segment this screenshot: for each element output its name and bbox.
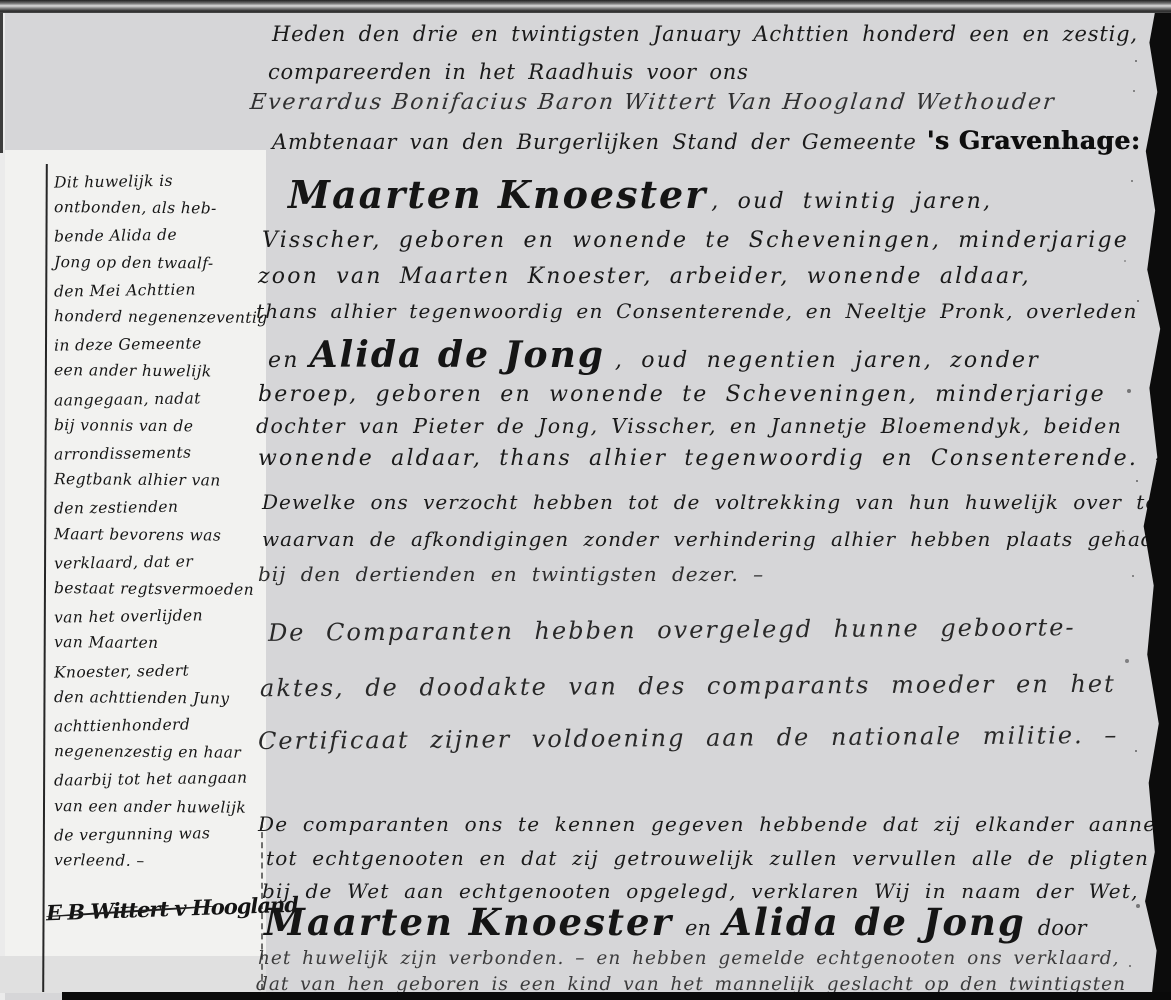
margin-paper-strip-lower <box>0 956 266 993</box>
header-official-name: Everardus Bonifacius Baron Wittert Van H… <box>249 90 1057 115</box>
margin-note-line: daarbij tot het aangaan <box>54 765 266 796</box>
scan-top-edge <box>0 0 1171 13</box>
margin-note-line: een ander huwelijk <box>54 357 266 386</box>
margin-note-line: van een ander huwelijk <box>54 793 266 822</box>
body-line: aktes, de doodakte van des comparants mo… <box>260 670 1116 702</box>
margin-note-line: Regtbank alhier van <box>54 466 266 495</box>
margin-note-line: verleend. – <box>54 847 266 876</box>
groom-name: Maarten Knoester <box>288 172 707 217</box>
body-line: Dewelke ons verzocht hebben tot de voltr… <box>262 490 1171 514</box>
margin-note-line: honderd negenenzeventig <box>54 303 266 332</box>
body-line: waarvan de afkondigingen zonder verhinde… <box>262 527 1155 551</box>
margin-note-line: den achttienden Juny <box>54 684 266 713</box>
body-line: Certificaat zijner voldoening aan de nat… <box>258 721 1119 755</box>
margin-note-line: in deze Gemeente <box>54 330 266 361</box>
margin-note-line: de vergunning was <box>54 819 266 850</box>
margin-note-line: Dit huwelijk is <box>54 166 266 197</box>
conjunction-text: en <box>268 348 300 373</box>
body-line: dochter van Pieter de Jong, Visscher, en… <box>256 414 1122 438</box>
body-line: tot echtgenooten en dat zij getrouwelijk… <box>266 846 1149 870</box>
body-line: beroep, geboren en wonende te Schevening… <box>258 382 1106 407</box>
groom-age-text: , oud twintig jaren, <box>711 189 992 214</box>
conjunction-text: en <box>685 916 711 940</box>
margin-note-line: Jong op den twaalf- <box>54 249 266 278</box>
header-venue-line: compareerden in het Raadhuis voor ons <box>268 60 749 84</box>
margin-note-line: ontbonden, als heb- <box>54 194 266 223</box>
margin-note-line: verklaard, dat er <box>54 547 266 578</box>
margin-note-line: van Maarten <box>54 630 266 659</box>
scan-noise-speckles <box>1135 60 1137 62</box>
margin-note-line: bestaat regtsvermoeden <box>54 575 266 604</box>
body-line: wonende aldaar, thans alhier tegenwoordi… <box>258 446 1168 471</box>
margin-note-line: van het overlijden <box>54 602 266 633</box>
header-registrar-title: Ambtenaar van den Burgerlijken Stand der… <box>272 130 917 154</box>
margin-note-line: arrondissements <box>54 438 266 469</box>
margin-note: Dit huwelijk is ontbonden, als heb- bend… <box>54 168 266 875</box>
body-line: De comparanten ons te kennen gegeven heb… <box>258 812 1171 836</box>
municipality-name: 's Gravenhage: <box>927 126 1141 155</box>
margin-note-line: bij vonnis van de <box>54 412 266 441</box>
margin-note-line: achttienhonderd <box>54 710 266 741</box>
body-line: bij den dertienden en twintigsten dezer.… <box>258 562 764 586</box>
margin-note-line: Maart bevorens was <box>54 521 266 550</box>
body-line: het huwelijk zijn verbonden. – en hebben… <box>258 948 1120 969</box>
header-date-line: Heden den drie en twintigsten January Ac… <box>272 22 1138 46</box>
margin-note-line: den Mei Achttien <box>54 275 266 306</box>
body-line: thans alhier tegenwoordig en Consenteren… <box>256 299 1138 323</box>
bride-name-declaration: Alida de Jong <box>723 900 1026 944</box>
margin-note-line: den zestienden <box>54 493 266 524</box>
bride-age-text: , oud negentien jaren, zonder <box>615 348 1040 373</box>
margin-note-line: bende Alida de <box>54 221 266 252</box>
margin-note-line: negenenzestig en haar <box>54 738 266 767</box>
scan-left-edge <box>0 11 3 153</box>
body-line: De Comparanten hebben overgelegd hunne g… <box>268 613 1076 647</box>
declaration-suffix-text: door <box>1038 916 1087 940</box>
body-line: Visscher, geboren en wonende te Scheveni… <box>262 228 1129 253</box>
scan-bottom-edge <box>62 992 1171 1000</box>
marriage-certificate-scan: Dit huwelijk is ontbonden, als heb- bend… <box>0 0 1171 1000</box>
groom-name-declaration: Maarten Knoester <box>264 900 673 944</box>
body-line: zoon van Maarten Knoester, arbeider, won… <box>258 264 1031 289</box>
bride-name: Alida de Jong <box>310 334 605 376</box>
margin-note-line: aangegaan, nadat <box>54 384 266 415</box>
margin-note-line: Knoester, sedert <box>54 656 266 687</box>
